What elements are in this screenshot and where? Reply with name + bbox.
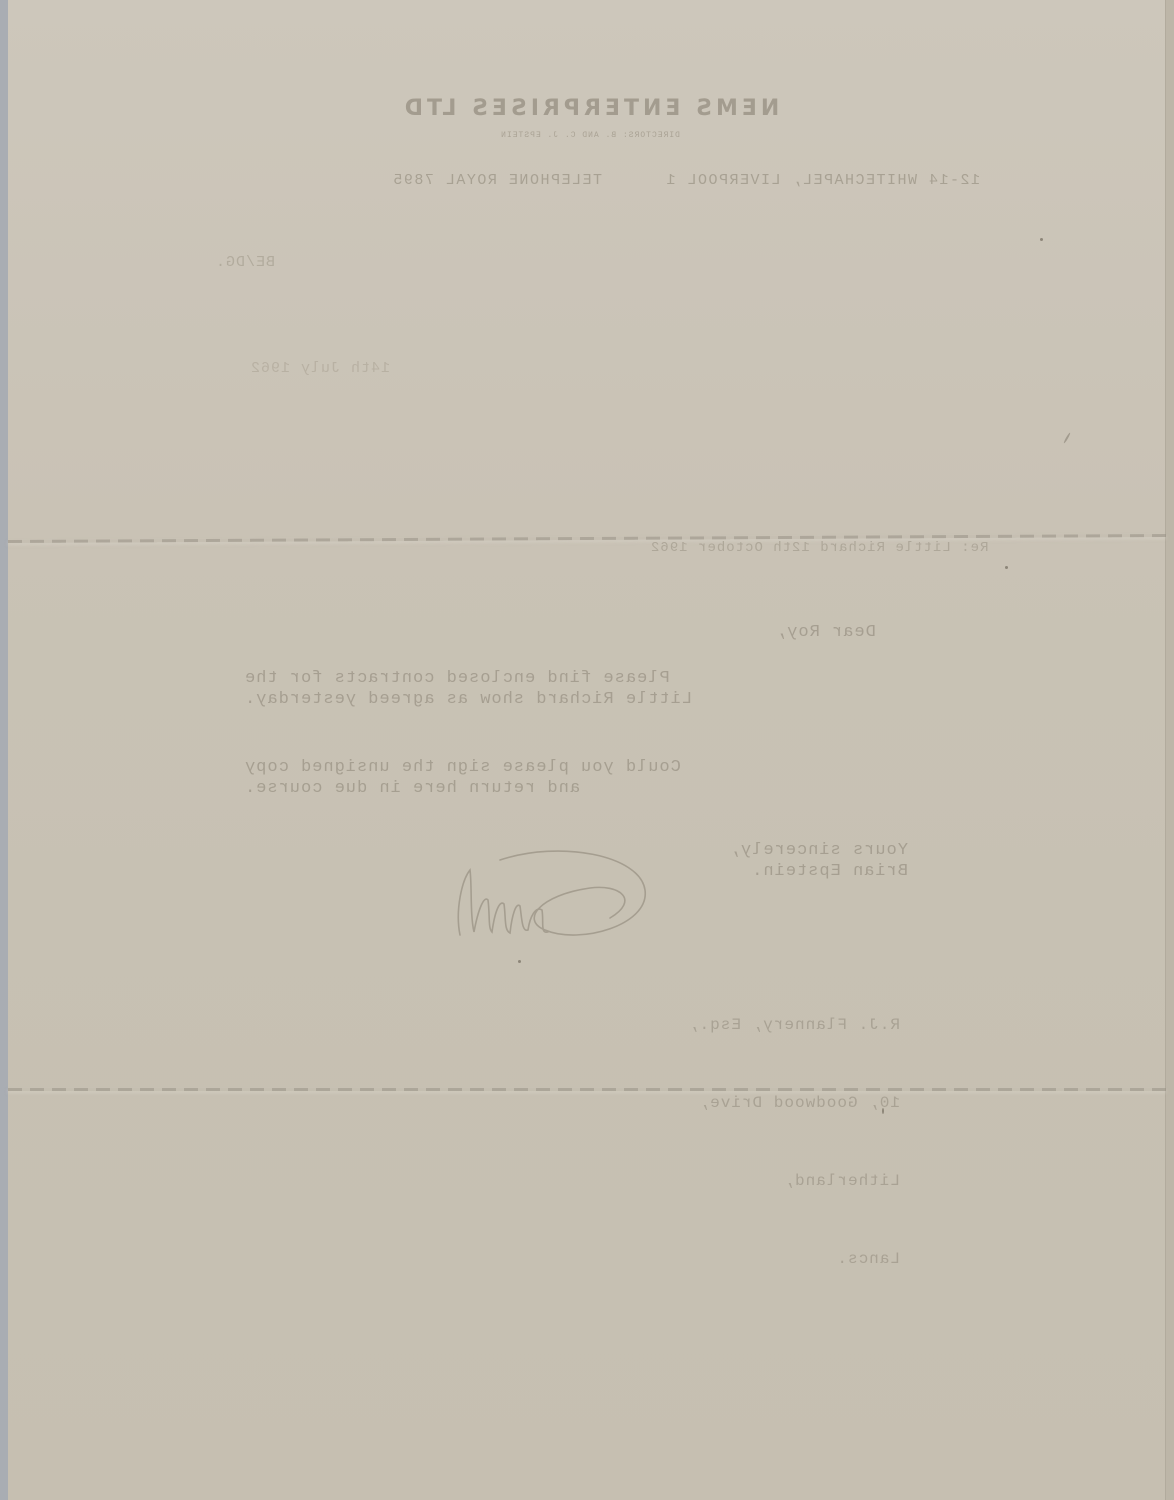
addressee-line-4: Lancs. xyxy=(640,1246,900,1272)
date-line: 14th July 1962 xyxy=(250,360,390,377)
letterhead-address-telephone: 12-14 WHITECHAPEL, LIVERPOOL 1 TELEPHONE… xyxy=(210,172,980,189)
paper-edge-right xyxy=(1165,0,1174,1500)
letterhead-directors: DIRECTORS: B. AND C. J. EPSTEIN xyxy=(480,131,700,140)
scan-background-edge-left xyxy=(0,0,8,1500)
closing: Yours sincerely, Brian Epstein. xyxy=(658,840,908,882)
salutation: Dear Roy, xyxy=(775,622,876,643)
paper-speck xyxy=(882,1108,884,1114)
paper-speck xyxy=(1005,566,1008,569)
addressee-line-1: R.J. Flannery, Esq., xyxy=(640,1012,900,1038)
fold-crease-lower xyxy=(8,1088,1166,1091)
reference-line: BE/DG. xyxy=(215,254,275,271)
addressee-line-2: 10, Goodwood Drive, xyxy=(640,1090,900,1116)
subject-line: Re: Little Richard 12th October 1962 xyxy=(650,540,988,556)
body-paragraph-2: Could you please sign the unsigned copy … xyxy=(244,757,844,799)
addressee-line-3: Litherland, xyxy=(640,1168,900,1194)
letterhead-company: NEMS ENTERPRISES LTD xyxy=(400,96,780,121)
body-paragraph-1: Please find enclosed contracts for the L… xyxy=(244,668,844,710)
signature-icon xyxy=(440,840,670,950)
addressee-block: R.J. Flannery, Esq., 10, Goodwood Drive,… xyxy=(640,960,900,1298)
letter-sheet xyxy=(8,0,1166,1500)
paper-speck xyxy=(1040,238,1043,241)
paper-speck xyxy=(518,960,521,963)
